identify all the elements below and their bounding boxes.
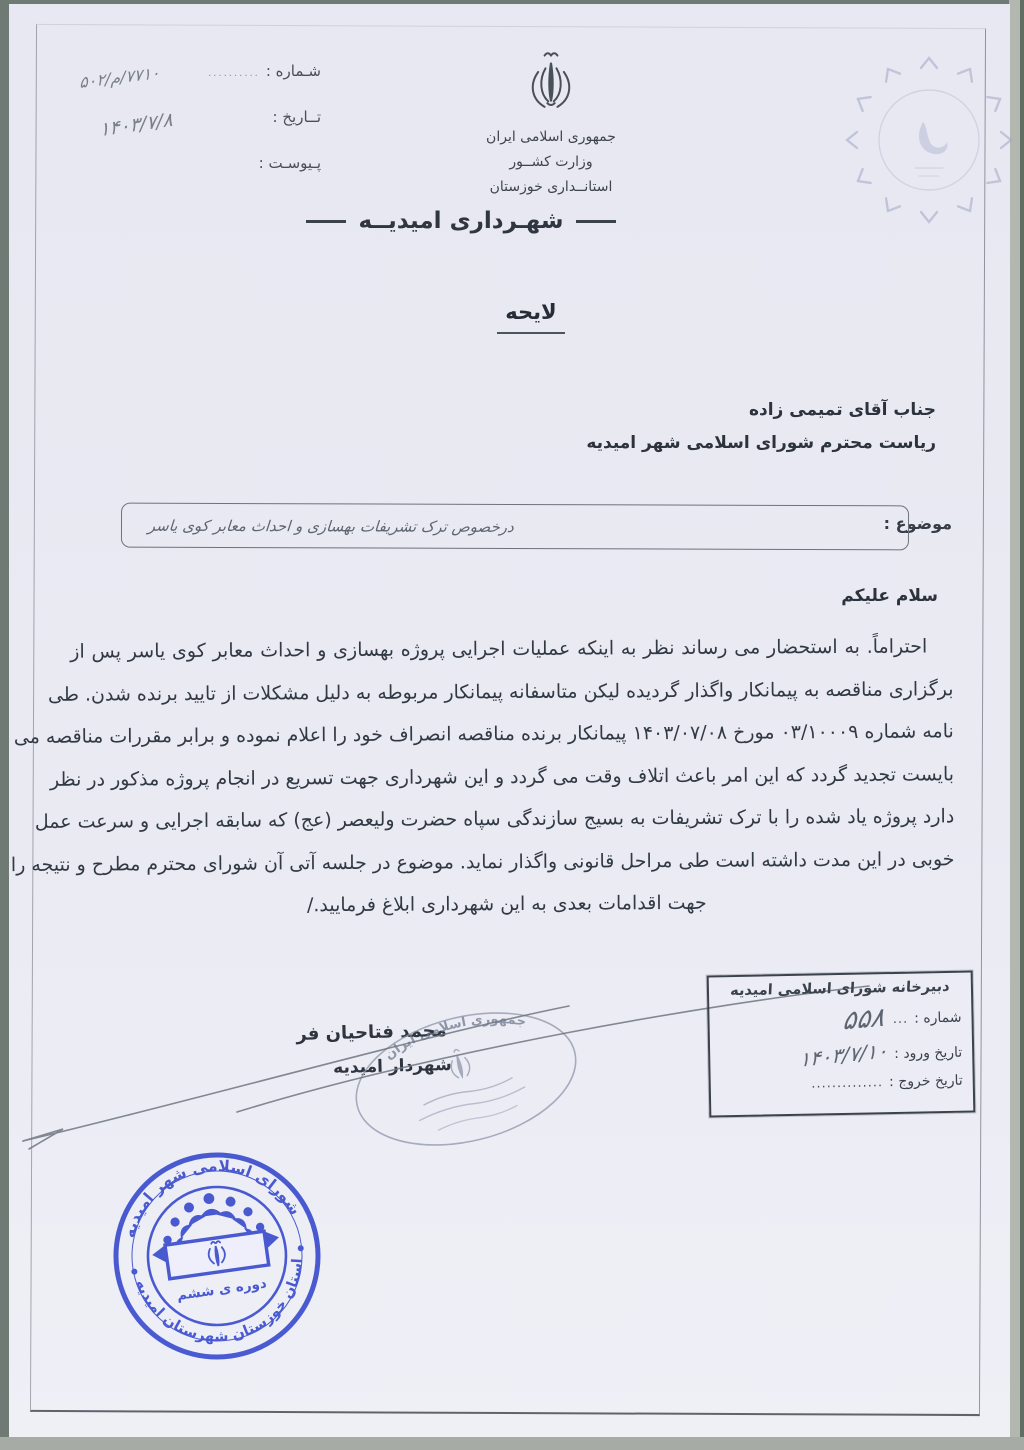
- municipality-dash-left: [306, 220, 346, 223]
- council-seal-banner: [151, 1229, 282, 1280]
- document-title: لایحه: [497, 300, 564, 334]
- secretariat-number-row: شماره : ... ۵۵۸: [719, 1003, 962, 1038]
- secretariat-number-value: ۵۵۸: [842, 1003, 886, 1037]
- oval-governorate-seal-icon: جمهوری اسلامی ایران: [341, 1002, 591, 1157]
- org-line-ministry: وزارت کشــور: [401, 154, 701, 170]
- oval-seal-top-text: جمهوری اسلامی ایران: [378, 1002, 531, 1065]
- body-line-2: برگزاری مناقصه به پیمانکار واگذار گردیده…: [70, 668, 953, 716]
- secretariat-exit-date-row: تاریخ خروج : ..............: [721, 1073, 963, 1094]
- letterhead-org-block: جمهوری اسلامی ایران وزارت کشــور استانــ…: [401, 50, 701, 195]
- secretariat-entry-date-row: تاریخ ورود : ۱۴۰۳/۷/۱۰: [720, 1041, 962, 1070]
- number-dotted-line: ..........: [208, 68, 260, 79]
- secretariat-exit-date-label: تاریخ خروج :: [889, 1073, 963, 1090]
- municipality-dash-right: [576, 220, 616, 223]
- body-line-1: احتراماً. به استحضار می رساند نظر به این…: [70, 625, 953, 673]
- iran-emblem-icon: [519, 50, 583, 116]
- secretariat-entry-date-label: تاریخ ورود :: [894, 1045, 962, 1062]
- municipality-title: شهـرداری امیدیــه: [358, 208, 563, 234]
- meta-attachment-row: پـیوسـت :: [71, 154, 321, 200]
- secretariat-exit-date-dots: ..............: [811, 1075, 883, 1091]
- date-label: تــاریخ :: [273, 108, 321, 126]
- letter-body: احتراماً. به استحضار می رساند نظر به این…: [70, 625, 955, 928]
- secretariat-title: دبیرخانه شورای اسلامی امیدیه: [719, 979, 962, 1000]
- secretariat-entry-date-value: ۱۴۰۳/۷/۱۰: [799, 1038, 888, 1072]
- subject-value: درخصوص ترک تشریفات بهسازی و احداث معابر …: [147, 516, 514, 535]
- attachment-label: پـیوسـت :: [259, 154, 321, 172]
- number-label: شـماره :: [266, 62, 321, 80]
- letter-paper: شـماره : .......... تــاریخ : پـیوسـت : …: [9, 4, 1010, 1437]
- municipality-title-row: شهـرداری امیدیــه: [241, 208, 681, 234]
- scan-edge-bottom: [0, 1437, 1024, 1450]
- council-seal-term-text: دوره ی ششم: [176, 1275, 268, 1303]
- recipient-role: ریاست محترم شورای اسلامی شهر امیدیه: [586, 433, 936, 453]
- body-line-7: جهت اقدامات بعدی به این شهرداری ابلاغ فر…: [72, 880, 955, 928]
- body-line-5: دارد پروژه یاد شده را با ترک تشریفات به …: [71, 795, 954, 843]
- org-line-country: جمهوری اسلامی ایران: [401, 129, 701, 145]
- body-line-3: نامه شماره ۰۳/۱۰۰۰۹ مورخ ۱۴۰۳/۰۷/۰۸ پیما…: [71, 710, 954, 758]
- secretariat-stamp-box: دبیرخانه شورای اسلامی امیدیه شماره : ...…: [707, 970, 976, 1117]
- recipient-block: جناب آقای تمیمی زاده ریاست محترم شورای ا…: [586, 400, 936, 466]
- svg-text:جمهوری اسلامی ایران: جمهوری اسلامی ایران: [378, 1002, 531, 1065]
- council-round-seal-icon: شورای اسلامی شهر امیدیه استان خوزستان شه…: [95, 1134, 339, 1378]
- secretariat-number-dots: ...: [893, 1011, 909, 1026]
- greeting: سلام علیکم: [841, 586, 938, 606]
- recipient-name: جناب آقای تمیمی زاده: [586, 400, 936, 420]
- faint-flower-seal-icon: [845, 56, 1013, 224]
- body-line-4: بایست تجدید گردد که این امر باعث اتلاف و…: [71, 753, 954, 801]
- subject-box: درخصوص ترک تشریفات بهسازی و احداث معابر …: [121, 503, 909, 551]
- document-title-wrap: لایحه: [471, 300, 591, 334]
- secretariat-number-label: شماره :: [914, 1010, 962, 1027]
- header-meta: شـماره : .......... تــاریخ : پـیوسـت : …: [71, 62, 321, 200]
- body-line-6: خوبی در این مدت داشته است طی مراحل قانون…: [71, 838, 954, 886]
- org-line-governorate: استانــداری خوزستان: [401, 179, 701, 195]
